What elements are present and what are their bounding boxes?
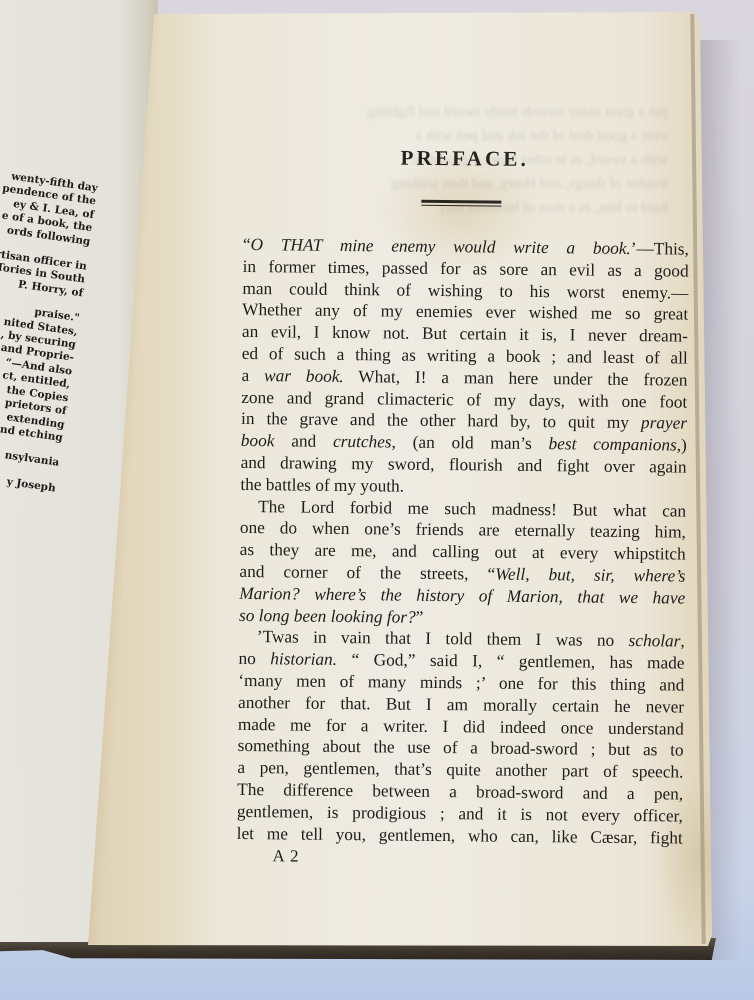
left-page-text: wenty-fifth daypendence of theey & I. Le… (0, 162, 99, 496)
signature-mark: A 2 (272, 847, 682, 871)
text-line: let me tell you, gentlemen, who can, lik… (237, 822, 683, 848)
title-rule-divider (421, 200, 501, 207)
preface-body: “O THAT mine enemy would write a book.’—… (237, 234, 689, 849)
preface-content: PREFACE. “O THAT mine enemy would write … (242, 140, 690, 871)
page-title: PREFACE. (240, 140, 690, 179)
book-photo: wenty-fifth daypendence of theey & I. Le… (0, 0, 754, 1000)
ghost-line: put a great many swords ready sword and … (248, 100, 668, 124)
